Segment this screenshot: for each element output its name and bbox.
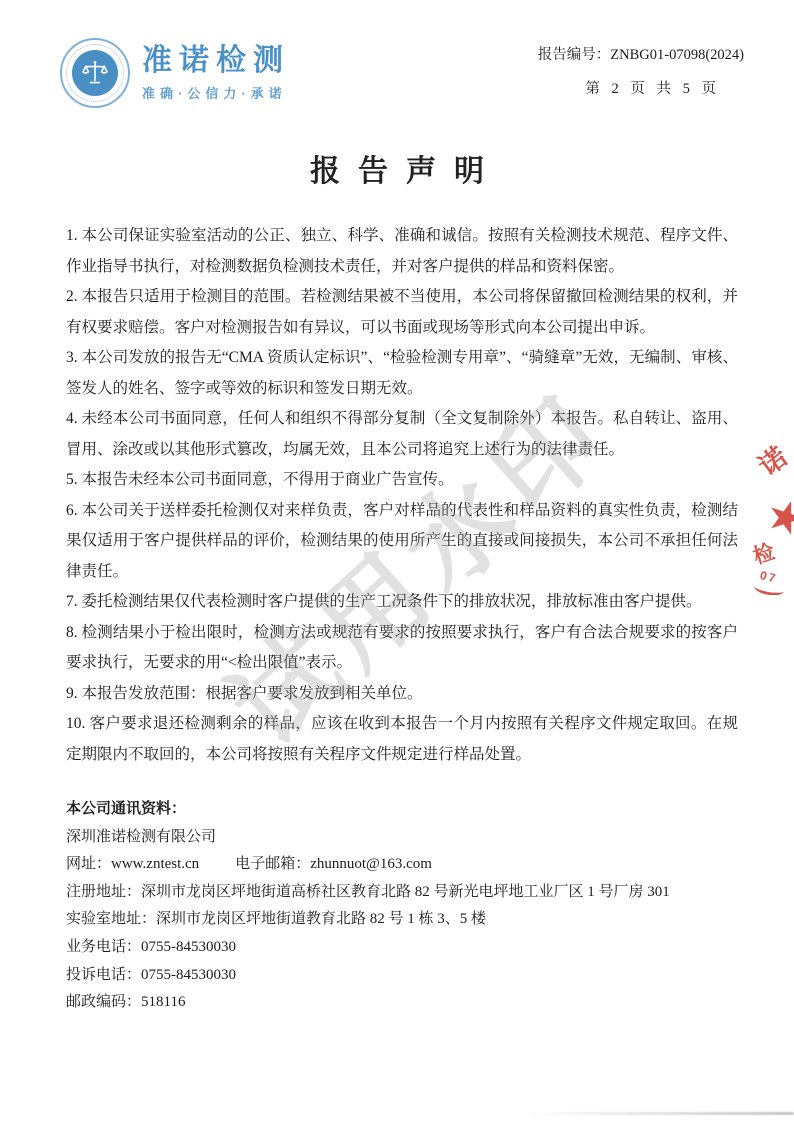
contact-row-complaint-phone: 投诉电话：0755-84530030 (66, 962, 746, 990)
logo-text: 准诺检测 准确·公信力·承诺 (142, 44, 290, 102)
contact-row-label: 实验室地址： (66, 911, 156, 927)
report-number-value: ZNBG01-07098(2024) (610, 47, 744, 63)
statement-item: 6. 本公司关于送样委托检测仅对来样负责，客户对样品的代表性和样品资料的真实性负… (66, 496, 738, 588)
contact-row-label: 邮政编码： (66, 994, 141, 1010)
statement-item: 3. 本公司发放的报告无“CMA 资质认定标识”、“检验检测专用章”、“骑缝章”… (66, 343, 738, 404)
seal-arc (753, 579, 785, 595)
statements-section: 1. 本公司保证实验室活动的公正、独立、科学、准确和诚信。按照有关检测技术规范、… (66, 221, 738, 770)
statement-item: 4. 未经本公司书面同意，任何人和组织不得部分复制（全文复制除外）本报告。私自转… (66, 404, 738, 465)
company-logo: 准诺检测 准确·公信力·承诺 (60, 38, 290, 108)
contact-row-label: 投诉电话： (66, 967, 141, 983)
header-meta: 报告编号：ZNBG01-07098(2024) 第 2 页 共 5 页 (538, 38, 744, 96)
contact-row-value: 0755-84530030 (141, 939, 236, 955)
statement-item: 7. 委托检测结果仅代表检测时客户提供的生产工况条件下的排放状况，排放标准由客户… (66, 587, 738, 618)
contact-row-label: 业务电话： (66, 939, 141, 955)
statement-item: 9. 本报告发放范围：根据客户要求发放到相关单位。 (66, 679, 738, 710)
contact-row-value: 0755-84530030 (141, 967, 236, 983)
contact-row-registered-address: 注册地址：深圳市龙岗区坪地街道高桥社区教育北路 82 号新光电坪地工业厂区 1 … (66, 879, 746, 907)
contact-company: 深圳准诺检测有限公司 (66, 824, 746, 852)
email-label: 电子邮箱： (235, 856, 310, 872)
statement-item: 10. 客户要求退还检测剩余的样品，应该在收到本报告一个月内按照有关程序文件规定… (66, 709, 738, 770)
page-indicator: 第 2 页 共 5 页 (538, 82, 744, 97)
contact-row-lab-address: 实验室地址：深圳市龙岗区坪地街道教育北路 82 号 1 栋 3、5 楼 (66, 906, 746, 934)
logo-seal-ring (66, 44, 124, 102)
report-number-label: 报告编号： (538, 47, 611, 63)
contact-row-postal-code: 邮政编码：518116 (66, 989, 746, 1017)
contact-section: 本公司通讯资料： 深圳准诺检测有限公司 网址：www.zntest.cn电子邮箱… (66, 796, 746, 1017)
contact-heading: 本公司通讯资料： (66, 796, 746, 824)
statement-item: 5. 本报告未经本公司书面同意，不得用于商业广告宣传。 (66, 465, 738, 496)
email-value: zhunnuot@163.com (310, 856, 432, 872)
contact-row-business-phone: 业务电话：0755-84530030 (66, 934, 746, 962)
seal-fragment-char: 诺 (750, 436, 794, 483)
contact-row-value: 518116 (141, 994, 185, 1010)
cross-page-seal: 诺 ★ 检 07 (750, 430, 794, 595)
scan-artifact (524, 1112, 794, 1115)
website-value: www.zntest.cn (111, 856, 199, 872)
contact-row-value: 深圳市龙岗区坪地街道高桥社区教育北路 82 号新光电坪地工业厂区 1 号厂房 3… (141, 884, 670, 900)
statement-item: 2. 本报告只适用于检测目的范围。若检测结果被不当使用，本公司将保留撤回检测结果… (66, 282, 738, 343)
website-label: 网址： (66, 856, 111, 872)
report-page: 准诺检测 准确·公信力·承诺 报告编号：ZNBG01-07098(2024) 第… (0, 0, 794, 1122)
report-number-line: 报告编号：ZNBG01-07098(2024) (538, 48, 744, 63)
contact-row-value: 深圳市龙岗区坪地街道教育北路 82 号 1 栋 3、5 楼 (156, 911, 486, 927)
company-tagline: 准确·公信力·承诺 (142, 83, 290, 102)
contact-web-email-line: 网址：www.zntest.cn电子邮箱：zhunnuot@163.com (66, 851, 746, 879)
statement-item: 1. 本公司保证实验室活动的公正、独立、科学、准确和诚信。按照有关检测技术规范、… (66, 221, 738, 282)
statement-item: 8. 检测结果小于检出限时，检测方法或规范有要求的按照要求执行，客户有合法合规要… (66, 618, 738, 679)
page-title: 报告声明 (0, 146, 794, 190)
contact-row-label: 注册地址： (66, 884, 141, 900)
page-header: 准诺检测 准确·公信力·承诺 报告编号：ZNBG01-07098(2024) 第… (60, 38, 744, 108)
company-name: 准诺检测 (142, 44, 290, 78)
logo-seal (60, 38, 130, 108)
